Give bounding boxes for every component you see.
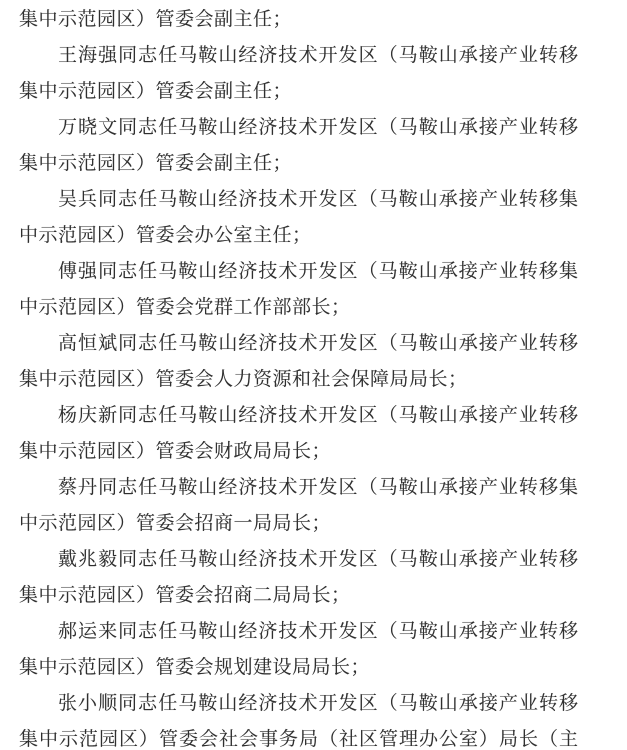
text-line: 万晓文同志任马鞍山经济技术开发区（马鞍山承接产业转移 bbox=[19, 110, 578, 146]
text-line: 中示范园区）管委会办公室主任； bbox=[19, 218, 578, 254]
text-line: 王海强同志任马鞍山经济技术开发区（马鞍山承接产业转移 bbox=[19, 38, 578, 74]
text-line: 戴兆毅同志任马鞍山经济技术开发区（马鞍山承接产业转移 bbox=[19, 542, 578, 578]
text-line: 集中示范园区）管委会副主任； bbox=[19, 2, 578, 38]
text-line: 集中示范园区）管委会规划建设局局长； bbox=[19, 650, 578, 686]
text-line: 傅强同志任马鞍山经济技术开发区（马鞍山承接产业转移集 bbox=[19, 254, 578, 290]
text-line: 集中示范园区）管委会招商二局局长； bbox=[19, 578, 578, 614]
text-line: 郝运来同志任马鞍山经济技术开发区（马鞍山承接产业转移 bbox=[19, 614, 578, 650]
text-line: 张小顺同志任马鞍山经济技术开发区（马鞍山承接产业转移 bbox=[19, 686, 578, 722]
text-line: 中示范园区）管委会招商一局局长； bbox=[19, 506, 578, 542]
text-line: 集中示范园区）管委会副主任； bbox=[19, 146, 578, 182]
text-line: 集中示范园区）管委会社会事务局（社区管理办公室）局长（主 bbox=[19, 722, 578, 750]
text-line: 吴兵同志任马鞍山经济技术开发区（马鞍山承接产业转移集 bbox=[19, 182, 578, 218]
text-line: 集中示范园区）管委会财政局局长； bbox=[19, 434, 578, 470]
text-line: 中示范园区）管委会党群工作部部长； bbox=[19, 290, 578, 326]
text-line: 蔡丹同志任马鞍山经济技术开发区（马鞍山承接产业转移集 bbox=[19, 470, 578, 506]
document-page: 集中示范园区）管委会副主任；王海强同志任马鞍山经济技术开发区（马鞍山承接产业转移… bbox=[0, 0, 627, 750]
text-line: 高恒斌同志任马鞍山经济技术开发区（马鞍山承接产业转移 bbox=[19, 326, 578, 362]
text-line: 集中示范园区）管委会人力资源和社会保障局局长； bbox=[19, 362, 578, 398]
text-line: 杨庆新同志任马鞍山经济技术开发区（马鞍山承接产业转移 bbox=[19, 398, 578, 434]
text-line: 集中示范园区）管委会副主任； bbox=[19, 74, 578, 110]
